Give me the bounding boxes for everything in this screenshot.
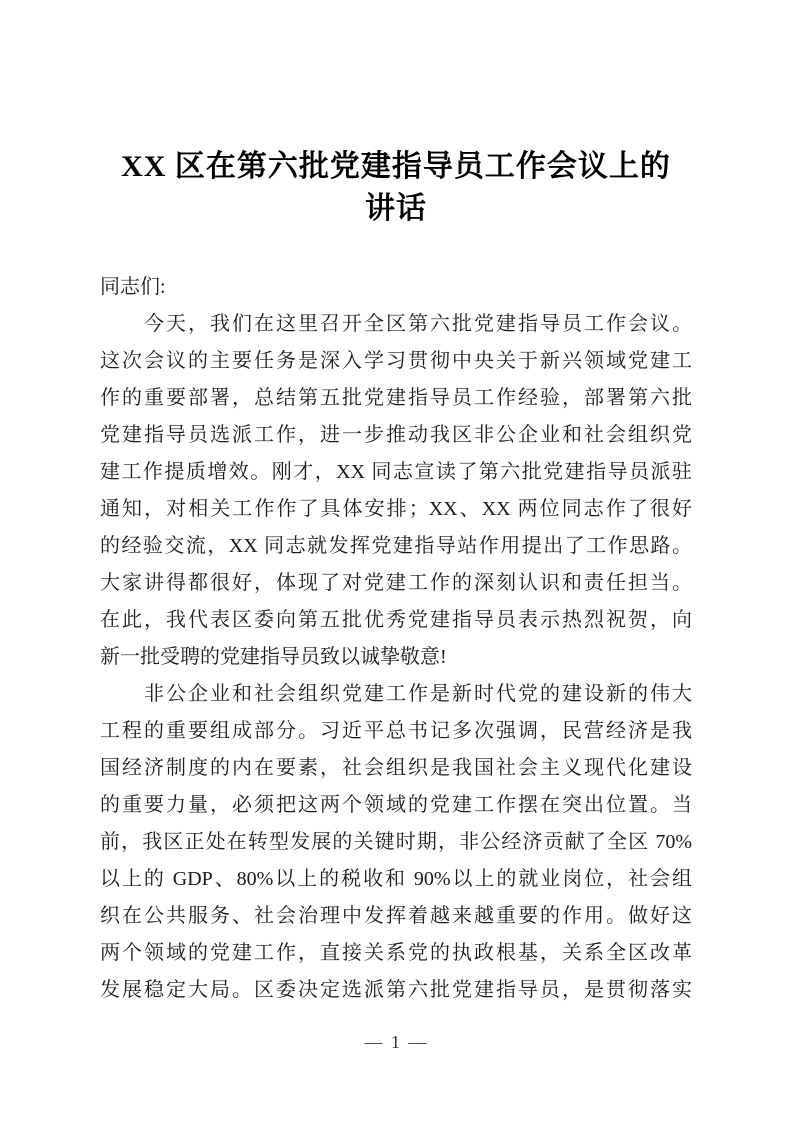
text-line: 前，我区正处在转型发展的关键时期，非公经济贡献了全区 70% [100, 824, 692, 861]
text-line: 国经济制度的内在要素，社会组织是我国社会主义现代化建设 [100, 750, 692, 787]
text-line: 在此，我代表区委向第五批优秀党建指导员表示热烈祝贺，向 [100, 602, 692, 639]
text-line: 大家讲得都很好，体现了对党建工作的深刻认识和责任担当。 [100, 565, 692, 602]
document-page: XX 区在第六批党建指导员工作会议上的 讲话 同志们: 今天，我们在这里召开全区… [0, 0, 793, 1122]
text-line: 通知，对相关工作作了具体安排；XX、XX 两位同志作了很好 [100, 491, 692, 528]
document-title: XX 区在第六批党建指导员工作会议上的 讲话 [100, 146, 692, 230]
text-line: 两个领域的党建工作，直接关系党的执政根基，关系全区改革 [100, 935, 692, 972]
text-line: 非公企业和社会组织党建工作是新时代党的建设新的伟大 [100, 676, 692, 713]
paragraph: 非公企业和社会组织党建工作是新时代党的建设新的伟大 工程的重要组成部分。习近平总… [100, 676, 692, 1009]
text-line: 作的重要部署，总结第五批党建指导员工作经验，部署第六批 [100, 380, 692, 417]
text-line: 的经验交流，XX 同志就发挥党建指导站作用提出了工作思路。 [100, 528, 692, 565]
text-line: 以上的 GDP、80%以上的税收和 90%以上的就业岗位，社会组 [100, 861, 692, 898]
document-body: 同志们: 今天，我们在这里召开全区第六批党建指导员工作会议。 这次会议的主要任务… [100, 269, 692, 1009]
text-line: 今天，我们在这里召开全区第六批党建指导员工作会议。 [100, 306, 692, 343]
salutation: 同志们: [100, 269, 692, 306]
document-title-line-2: 讲话 [100, 188, 692, 230]
text-line: 新一批受聘的党建指导员致以诚挚敬意! [100, 639, 692, 676]
text-line: 建工作提质增效。刚才，XX 同志宣读了第六批党建指导员派驻 [100, 454, 692, 491]
text-line: 织在公共服务、社会治理中发挥着越来越重要的作用。做好这 [100, 898, 692, 935]
document-title-line-1: XX 区在第六批党建指导员工作会议上的 [100, 146, 692, 188]
text-line: 发展稳定大局。区委决定选派第六批党建指导员，是贯彻落实 [100, 972, 692, 1009]
text-line: 党建指导员选派工作，进一步推动我区非公企业和社会组织党 [100, 417, 692, 454]
page-number: — 1 — [0, 1032, 793, 1053]
paragraph: 今天，我们在这里召开全区第六批党建指导员工作会议。 这次会议的主要任务是深入学习… [100, 306, 692, 676]
text-line: 工程的重要组成部分。习近平总书记多次强调，民营经济是我 [100, 713, 692, 750]
text-line: 的重要力量，必须把这两个领域的党建工作摆在突出位置。当 [100, 787, 692, 824]
text-line: 这次会议的主要任务是深入学习贯彻中央关于新兴领域党建工 [100, 343, 692, 380]
